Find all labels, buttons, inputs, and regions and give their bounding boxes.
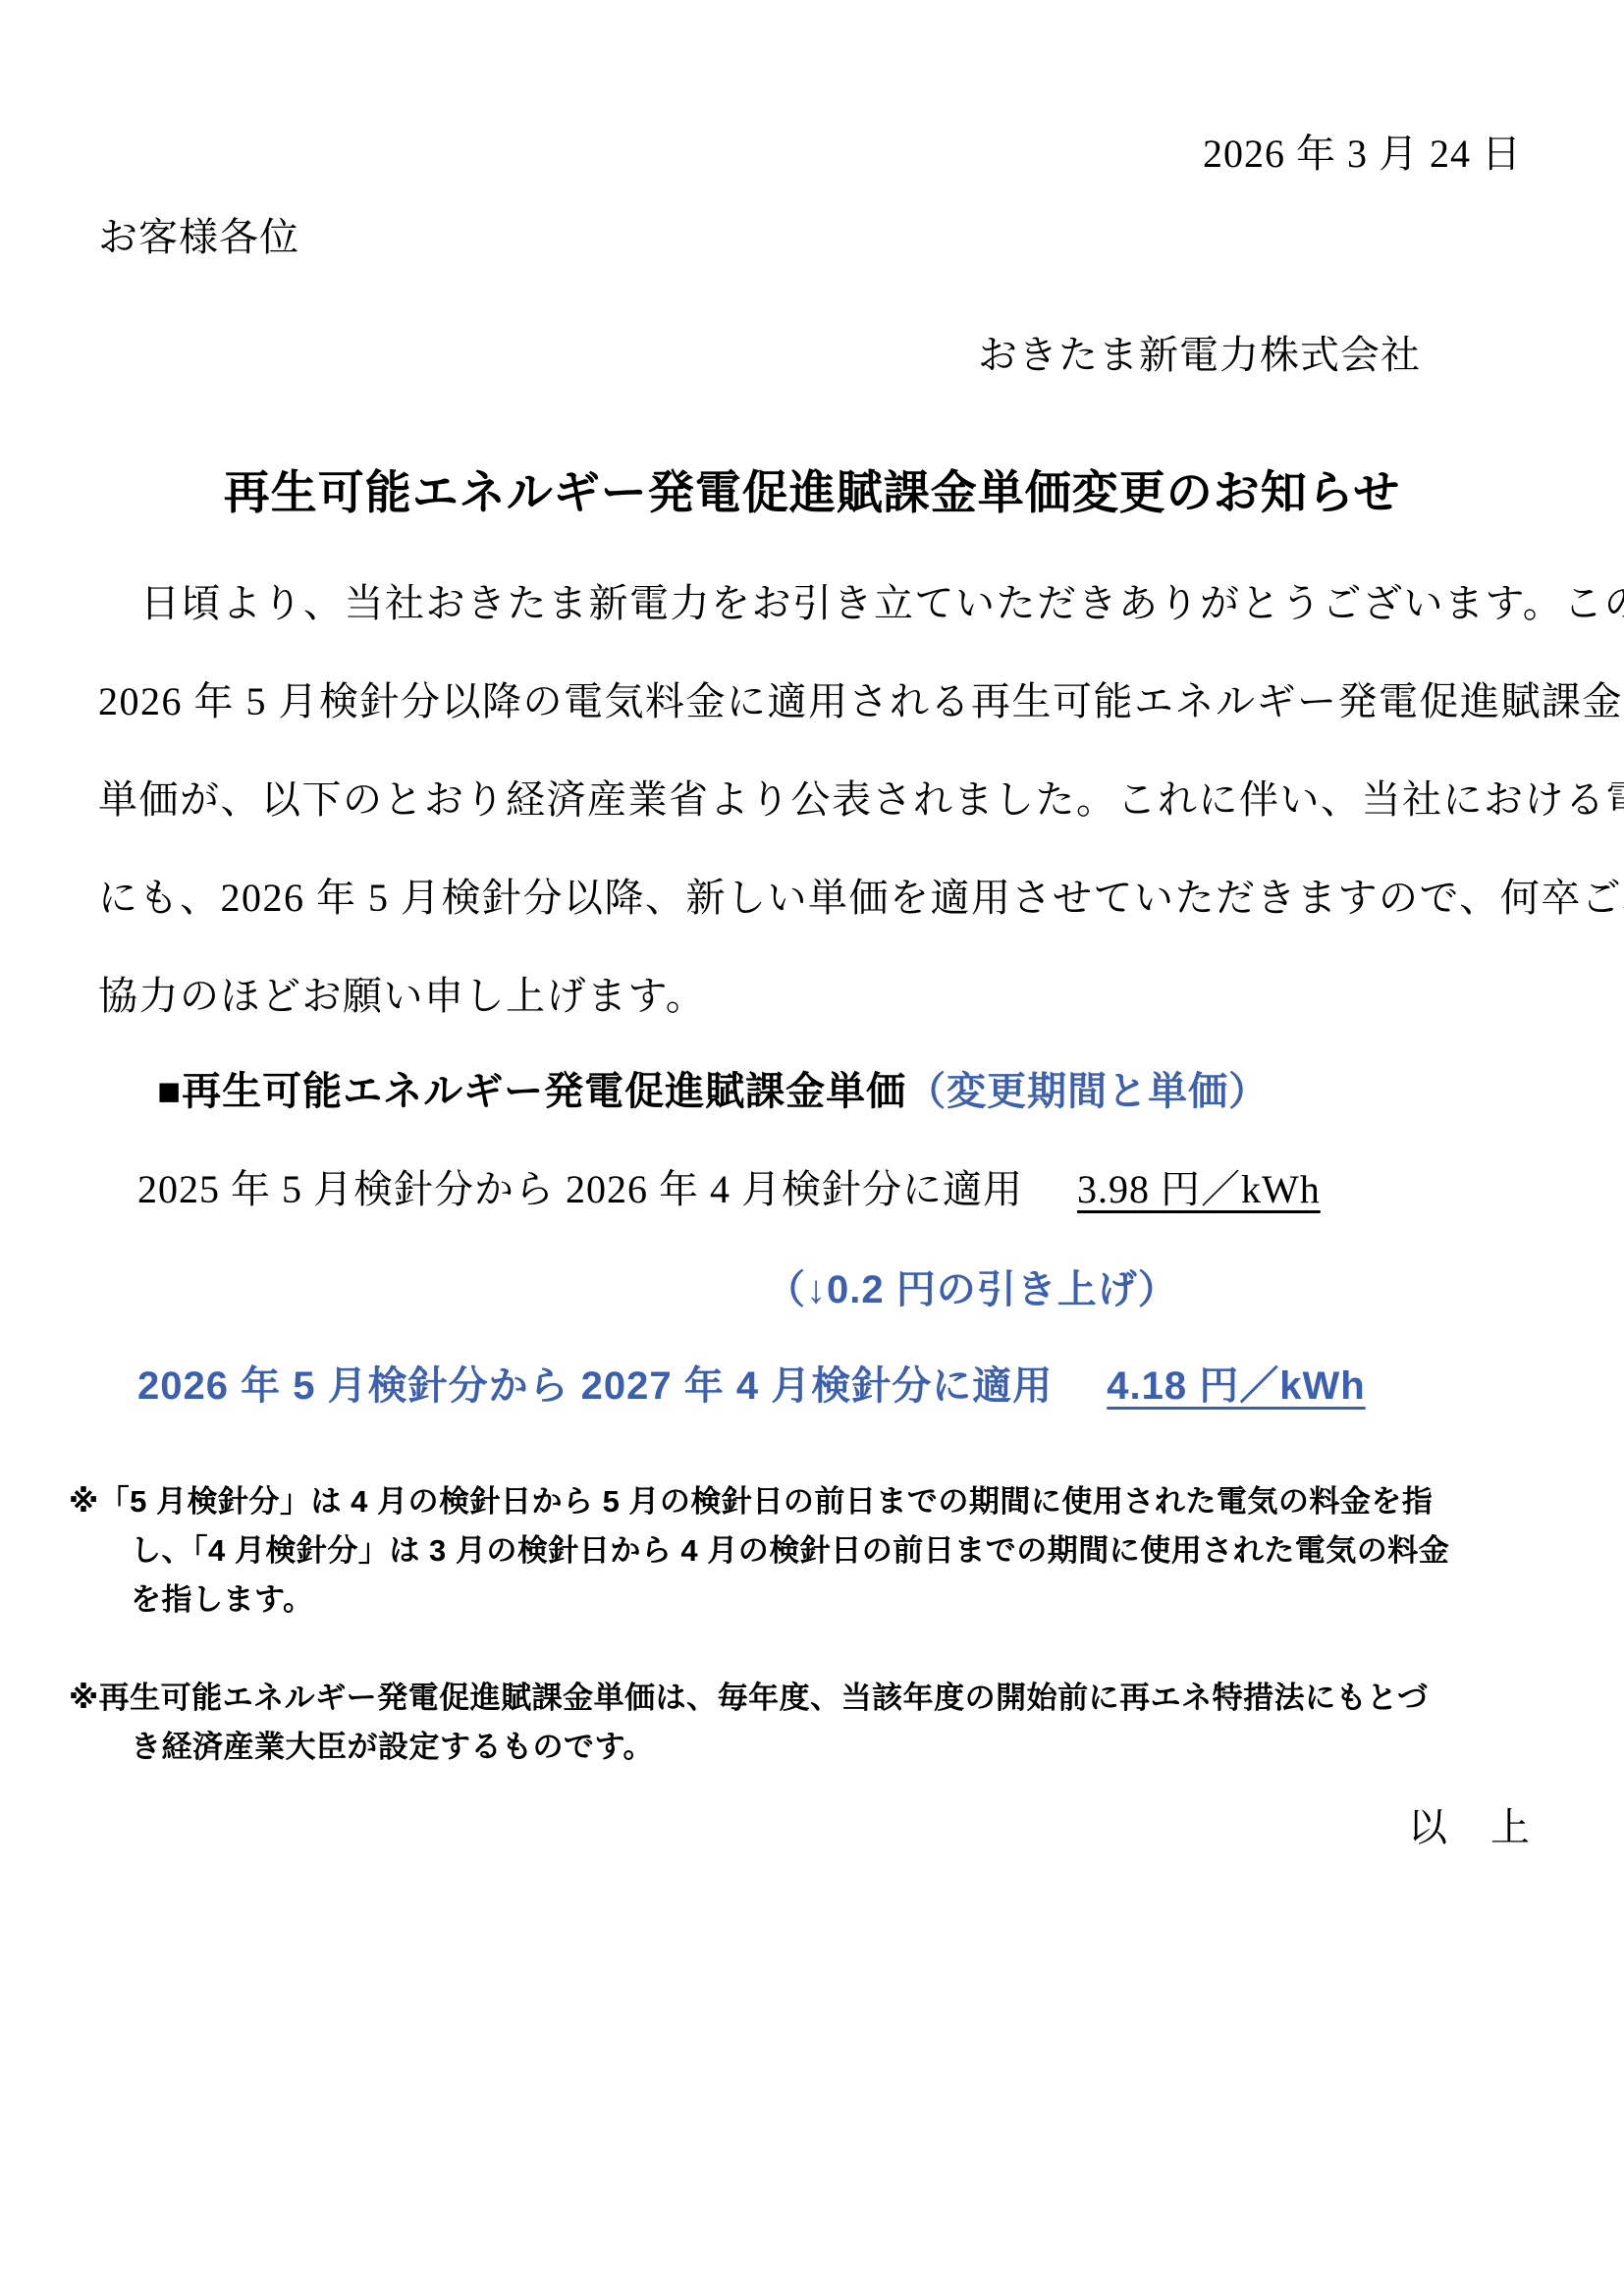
footnote-line: ※再生可能エネルギー発電促進賦課金単価は、毎年度、当該年度の開始前に再エネ特措法…: [69, 1674, 1429, 1723]
body-paragraph-line: 2026 年 5 月検針分以降の電気料金に適用される再生可能エネルギー発電促進賦…: [98, 670, 1623, 726]
footnote-line: き経済産業大臣が設定するものです。: [131, 1723, 1429, 1772]
current-price-period: 2025 年 5 月検針分から 2026 年 4 月検針分に適用: [137, 1167, 1023, 1211]
new-price-value: 4.18 円／kWh: [1107, 1364, 1365, 1408]
body-paragraph-line: にも、2026 年 5 月検針分以降、新しい単価を適用させていただきますので、何…: [98, 867, 1624, 923]
section-heading-blue-part: （変更期間と単価）: [906, 1070, 1269, 1113]
meter-reading-footnote: ※「5 月検針分」は 4 月の検針日から 5 月の検針日の前日までの期間に使用さ…: [69, 1477, 1449, 1625]
footnote-line: ※「5 月検針分」は 4 月の検針日から 5 月の検針日の前日までの期間に使用さ…: [69, 1477, 1449, 1526]
closing-word: 以 上: [1408, 1796, 1532, 1852]
footnote-line: し、「4 月検針分」は 3 月の検針日から 4 月の検針日の前日までの期間に使用…: [131, 1526, 1449, 1575]
recipient-line: お客様各位: [98, 206, 299, 262]
body-paragraph-line: 協力のほどお願い申し上げます。: [98, 965, 706, 1021]
surcharge-section-heading: ■再生可能エネルギー発電促進賦課金単価（変更期間と単価）: [157, 1060, 1269, 1116]
current-price-value: 3.98 円／kWh: [1077, 1167, 1321, 1211]
new-price-line: 2026 年 5 月検針分から 2027 年 4 月検針分に適用4.18 円／k…: [137, 1355, 1366, 1411]
current-price-line: 2025 年 5 月検針分から 2026 年 4 月検針分に適用3.98 円／k…: [137, 1158, 1321, 1214]
document-date: 2026 年 3 月 24 日: [1203, 123, 1522, 179]
body-paragraph-line: 単価が、以下のとおり経済産業省より公表されました。これに伴い、当社における電気料…: [98, 769, 1624, 825]
company-name: おきたま新電力株式会社: [978, 324, 1421, 380]
body-paragraph-line: 日頃より、当社おきたま新電力をお引き立ていただきありがとうございます。このたび、: [140, 572, 1624, 628]
new-price-period: 2026 年 5 月検針分から 2027 年 4 月検針分に適用: [137, 1364, 1053, 1408]
price-change-note: （↓0.2 円の引き上げ）: [766, 1258, 1178, 1314]
footnote-line: を指します。: [131, 1575, 1449, 1625]
section-heading-black-part: ■再生可能エネルギー発電促進賦課金単価: [157, 1069, 906, 1113]
notice-document-page: 2026 年 3 月 24 日 お客様各位 おきたま新電力株式会社 再生可能エネ…: [0, 0, 1624, 2296]
surcharge-law-footnote: ※再生可能エネルギー発電促進賦課金単価は、毎年度、当該年度の開始前に再エネ特措法…: [69, 1674, 1429, 1772]
document-title: 再生可能エネルギー発電促進賦課金単価変更のお知らせ: [0, 456, 1624, 522]
